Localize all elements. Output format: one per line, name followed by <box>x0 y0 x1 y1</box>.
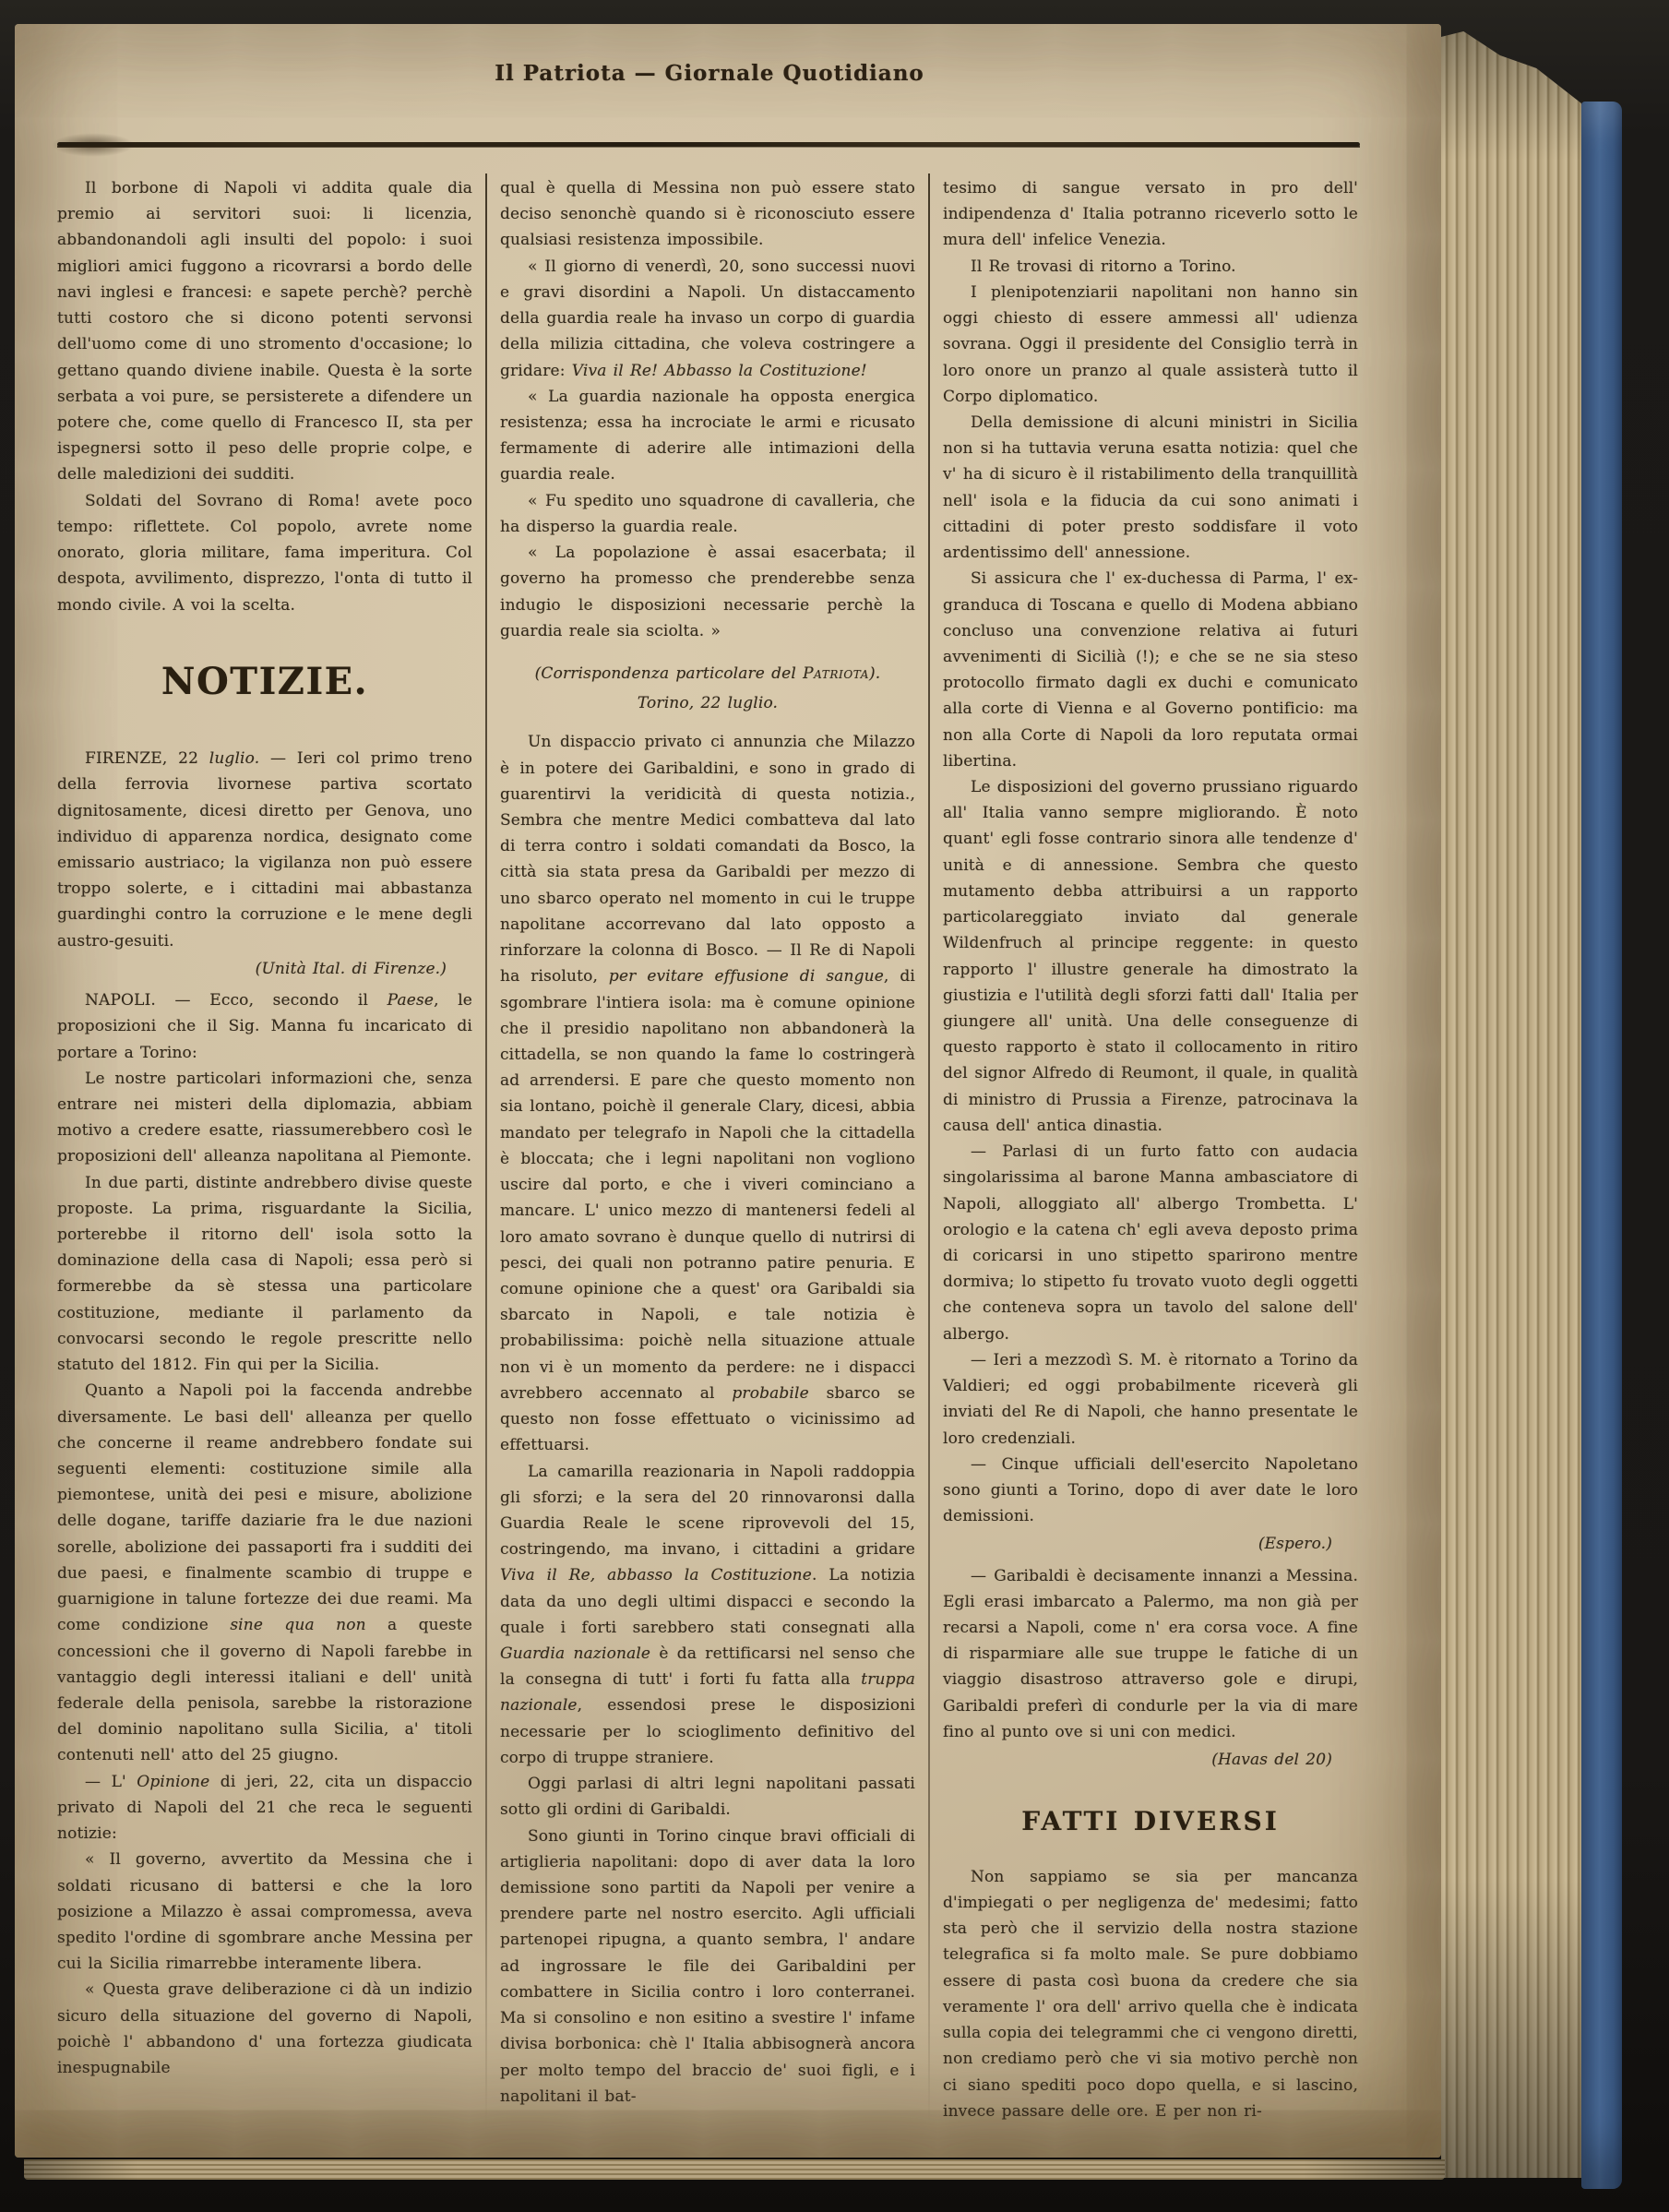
attribution: (Havas del 20) <box>943 1747 1358 1773</box>
column-2: qual è quella di Messina non può essere … <box>500 166 915 2124</box>
article-columns: Il borbone di Napoli vi addita quale dia… <box>57 166 1360 2124</box>
paragraph: — L' Opinione di jeri, 22, cita un dispa… <box>57 1769 472 1847</box>
section-heading: NOTIZIE. <box>57 652 472 712</box>
paragraph: Oggi parlasi di altri legni napolitani p… <box>500 1771 915 1823</box>
paragraph: Soldati del Sovrano di Roma! avete poco … <box>57 488 472 618</box>
correspondence-line: (Corrispondenza particolare del Patriota… <box>500 661 915 687</box>
section-heading: FATTI DIVERSI <box>943 1800 1358 1843</box>
paragraph: « Questa grave deliberazione ci dà un in… <box>57 1977 472 2081</box>
paragraph: « La guardia nazionale ha opposta energi… <box>500 384 915 488</box>
paragraph: Si assicura che l' ex-duchessa di Parma,… <box>943 566 1358 774</box>
masthead-row: Il Patriota — Giornale Quotidiano <box>57 61 1362 86</box>
attribution: (Espero.) <box>943 1531 1358 1557</box>
paragraph: Le nostre particolari informazioni che, … <box>57 1066 472 1170</box>
scan-background: { "masthead": "Il Patriota — Giornale Qu… <box>0 0 1669 2212</box>
paragraph: — Cinque ufficiali dell'esercito Napolet… <box>943 1452 1358 1530</box>
book-cover-edge <box>1581 102 1622 2189</box>
paragraph: Sono giunti in Torino cinque bravi offic… <box>500 1823 915 2110</box>
paragraph: Non sappiamo se sia per mancanza d'impie… <box>943 1864 1358 2124</box>
paragraph: Un dispaccio privato ci annunzia che Mil… <box>500 729 915 1458</box>
paragraph: qual è quella di Messina non può essere … <box>500 175 915 254</box>
paragraph: NAPOLI. — Ecco, secondo il Paese, le pro… <box>57 987 472 1066</box>
paragraph: La camarilla reazionaria in Napoli raddo… <box>500 1459 915 1772</box>
paragraph: « Fu spedito uno squadrone di cavalleria… <box>500 488 915 540</box>
paragraph: In due parti, distinte andrebbero divise… <box>57 1170 472 1379</box>
paragraph: « Il governo, avvertito da Messina che i… <box>57 1847 472 1977</box>
paragraph: Il Re trovasi di ritorno a Torino. <box>943 254 1358 280</box>
column-divider <box>485 173 487 2124</box>
paragraph: — Garibaldi è decisamente innanzi a Mess… <box>943 1563 1358 1746</box>
paragraph: tesimo di sangue versato in pro dell' in… <box>943 175 1358 254</box>
paragraph: Quanto a Napoli poi la faccenda andrebbe… <box>57 1378 472 1768</box>
paragraph: — Ieri a mezzodì S. M. è ritornato a Tor… <box>943 1347 1358 1452</box>
column-divider <box>928 173 930 2124</box>
paragraph: « Il giorno di venerdì, 20, sono success… <box>500 254 915 384</box>
paragraph: — Parlasi di un furto fatto con audacia … <box>943 1139 1358 1347</box>
paragraph: FIRENZE, 22 luglio. — Ieri col primo tre… <box>57 746 472 954</box>
paragraph: Il borbone di Napoli vi addita quale dia… <box>57 175 472 488</box>
column-1: Il borbone di Napoli vi addita quale dia… <box>57 166 472 2124</box>
paragraph: « La popolazione è assai esacerbata; il … <box>500 540 915 644</box>
masthead-title: Il Patriota — Giornale Quotidiano <box>495 61 924 86</box>
paragraph: Della demissione di alcuni ministri in S… <box>943 410 1358 566</box>
paragraph: I plenipotenziarii napolitani non hanno … <box>943 280 1358 410</box>
bottom-page-edges <box>24 2159 1445 2180</box>
column-3: tesimo di sangue versato in pro dell' in… <box>943 166 1358 2124</box>
masthead-rule <box>57 142 1360 147</box>
newspaper-page: Il Patriota — Giornale Quotidiano Il bor… <box>15 24 1441 2158</box>
dateline: Torino, 22 luglio. <box>500 690 915 716</box>
book-page-edges <box>1441 31 1581 2178</box>
attribution: (Unità Ital. di Firenze.) <box>57 956 472 982</box>
paragraph: Le disposizioni del governo prussiano ri… <box>943 774 1358 1139</box>
